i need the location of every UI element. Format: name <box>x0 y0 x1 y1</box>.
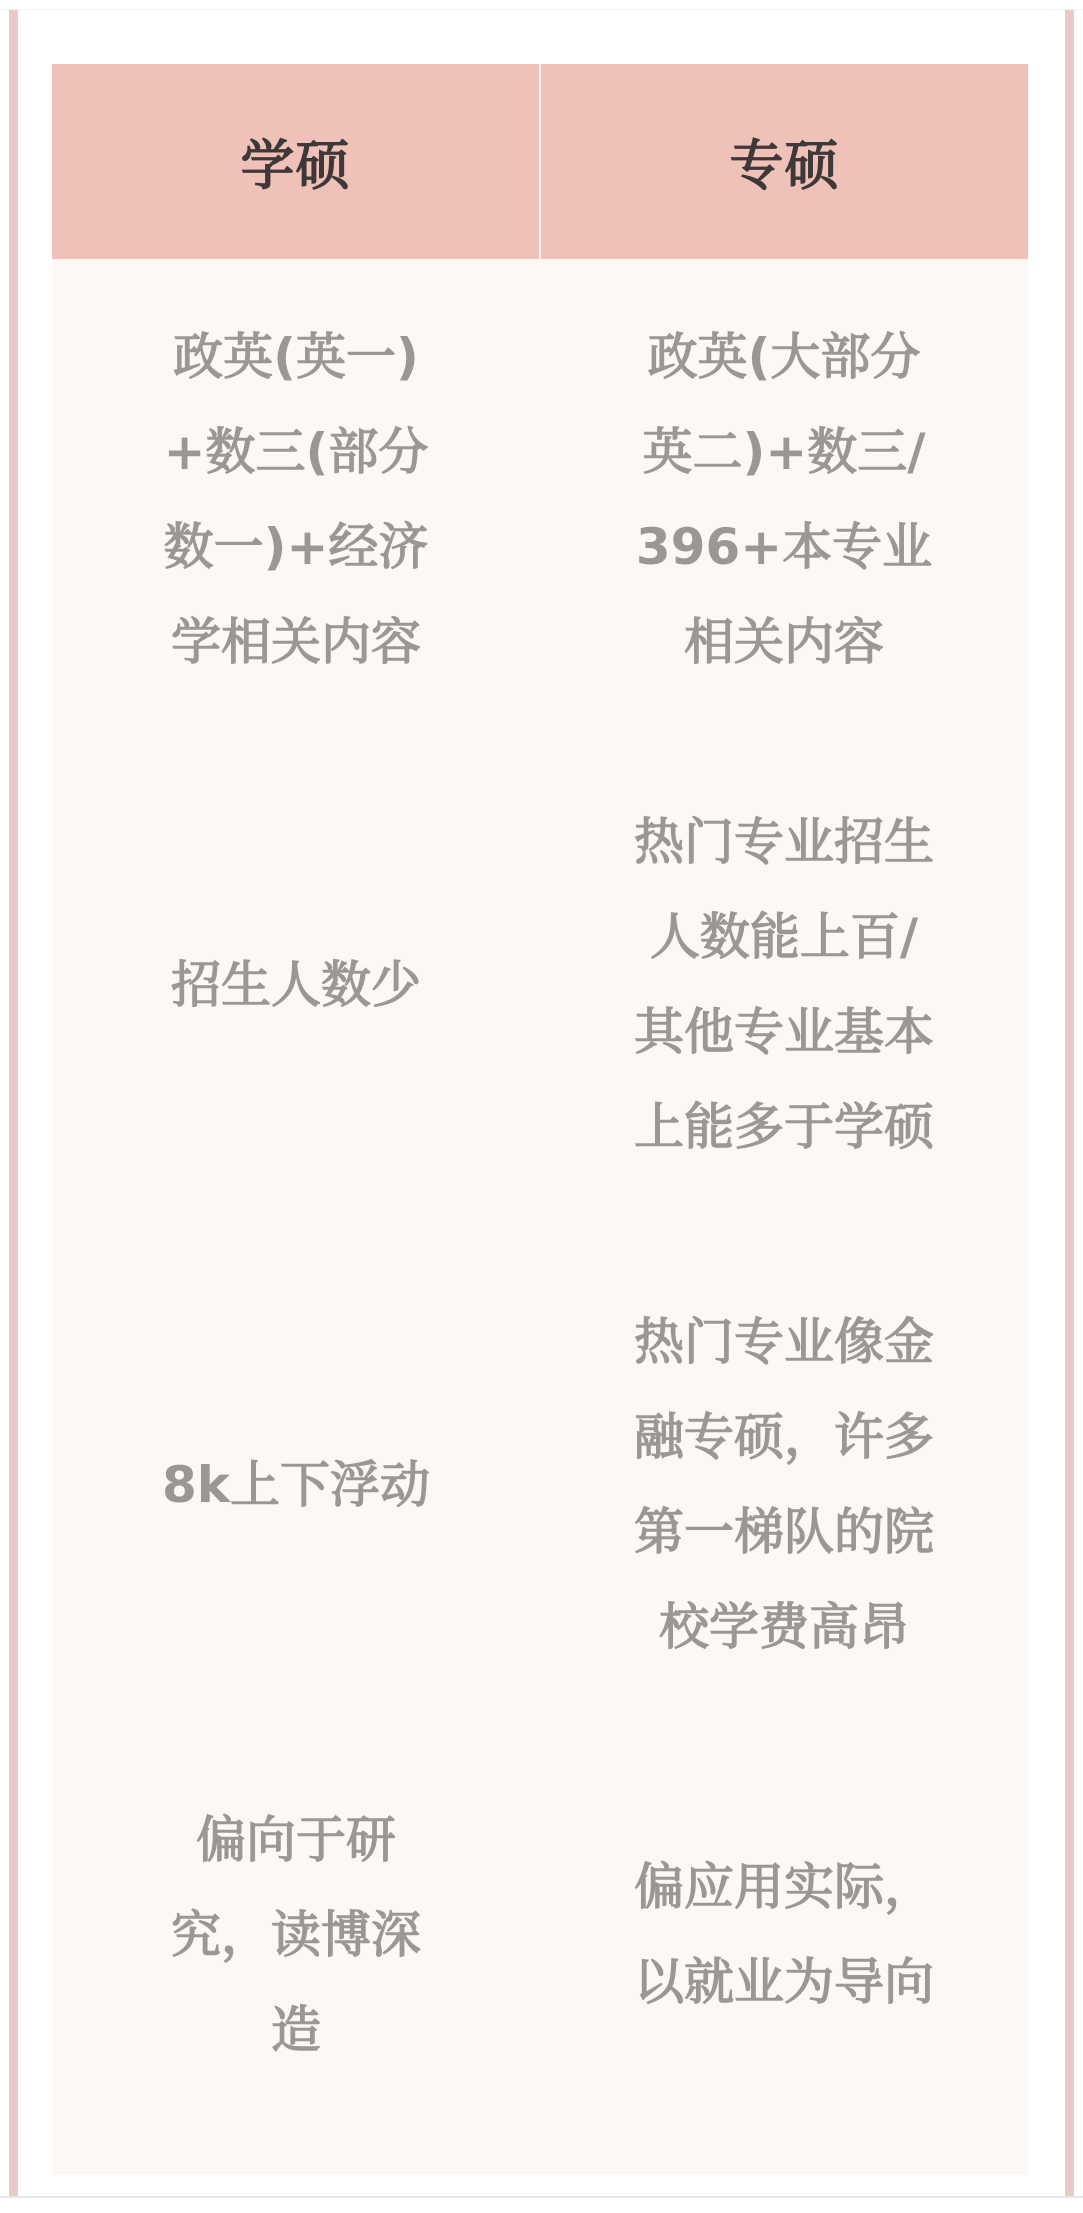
cell-zhuanshuo: 政英(大部分 英二)+数三/ 396+本专业 相关内容 <box>540 259 1028 735</box>
cell-line: 政英(大部分 <box>648 310 921 405</box>
top-edge-line <box>0 9 1083 10</box>
header-zhuanshuo: 专硕 <box>539 64 1028 259</box>
cell-zhuanshuo: 偏应用实际， 以就业为导向 <box>540 1735 1028 2175</box>
cell-line: 偏应用实际， <box>634 1840 934 1935</box>
cell-line: 学相关内容 <box>171 595 421 690</box>
cell-xueshuo: 偏向于研 究，读博深 造 <box>52 1735 540 2175</box>
cell-line: +数三(部分 <box>164 405 429 500</box>
table-row-tuition: 8k上下浮动 热门专业像金 融专硕，许多 第一梯队的院 校学费高昂 <box>52 1235 1028 1735</box>
cell-line: 其他专业基本 <box>634 985 934 1080</box>
table-row-enrollment: 招生人数少 热门专业招生 人数能上百/ 其他专业基本 上能多于学硕 <box>52 735 1028 1235</box>
cell-xueshuo: 政英(英一) +数三(部分 数一)+经济 学相关内容 <box>52 259 540 735</box>
cell-line: 热门专业招生 <box>634 795 934 890</box>
cell-zhuanshuo: 热门专业像金 融专硕，许多 第一梯队的院 校学费高昂 <box>540 1235 1028 1735</box>
table-header: 学硕 专硕 <box>52 64 1028 259</box>
cell-line: 究，读博深 <box>171 1888 421 1983</box>
cell-line: 第一梯队的院 <box>634 1485 934 1580</box>
cell-line: 校学费高昂 <box>659 1580 909 1675</box>
cell-line: 相关内容 <box>684 595 884 690</box>
cell-line: 英二)+数三/ <box>642 405 925 500</box>
cell-line: 8k上下浮动 <box>162 1438 430 1533</box>
cell-zhuanshuo: 热门专业招生 人数能上百/ 其他专业基本 上能多于学硕 <box>540 735 1028 1235</box>
table-row-exam-subjects: 政英(英一) +数三(部分 数一)+经济 学相关内容 政英(大部分 英二)+数三… <box>52 259 1028 735</box>
cell-xueshuo: 8k上下浮动 <box>52 1235 540 1735</box>
header-xueshuo: 学硕 <box>52 64 539 259</box>
cell-line: 融专硕，许多 <box>634 1390 934 1485</box>
cell-line: 上能多于学硕 <box>634 1080 934 1175</box>
cell-line: 以就业为导向 <box>634 1935 934 2030</box>
bottom-edge-line <box>0 2196 1083 2198</box>
cell-line: 招生人数少 <box>171 938 421 1033</box>
cell-line: 造 <box>271 1983 321 2078</box>
cell-line: 人数能上百/ <box>650 890 918 985</box>
cell-line: 热门专业像金 <box>634 1295 934 1390</box>
cell-line: 政英(英一) <box>173 310 419 405</box>
cell-line: 数一)+经济 <box>164 500 429 595</box>
cell-line: 396+本专业 <box>636 500 932 595</box>
right-decorative-bar <box>1065 10 1074 2196</box>
table-row-orientation: 偏向于研 究，读博深 造 偏应用实际， 以就业为导向 <box>52 1735 1028 2175</box>
cell-line: 偏向于研 <box>196 1793 396 1888</box>
comparison-table: 学硕 专硕 政英(英一) +数三(部分 数一)+经济 学相关内容 政英(大部分 … <box>52 64 1028 2175</box>
cell-xueshuo: 招生人数少 <box>52 735 540 1235</box>
left-decorative-bar <box>9 10 18 2196</box>
